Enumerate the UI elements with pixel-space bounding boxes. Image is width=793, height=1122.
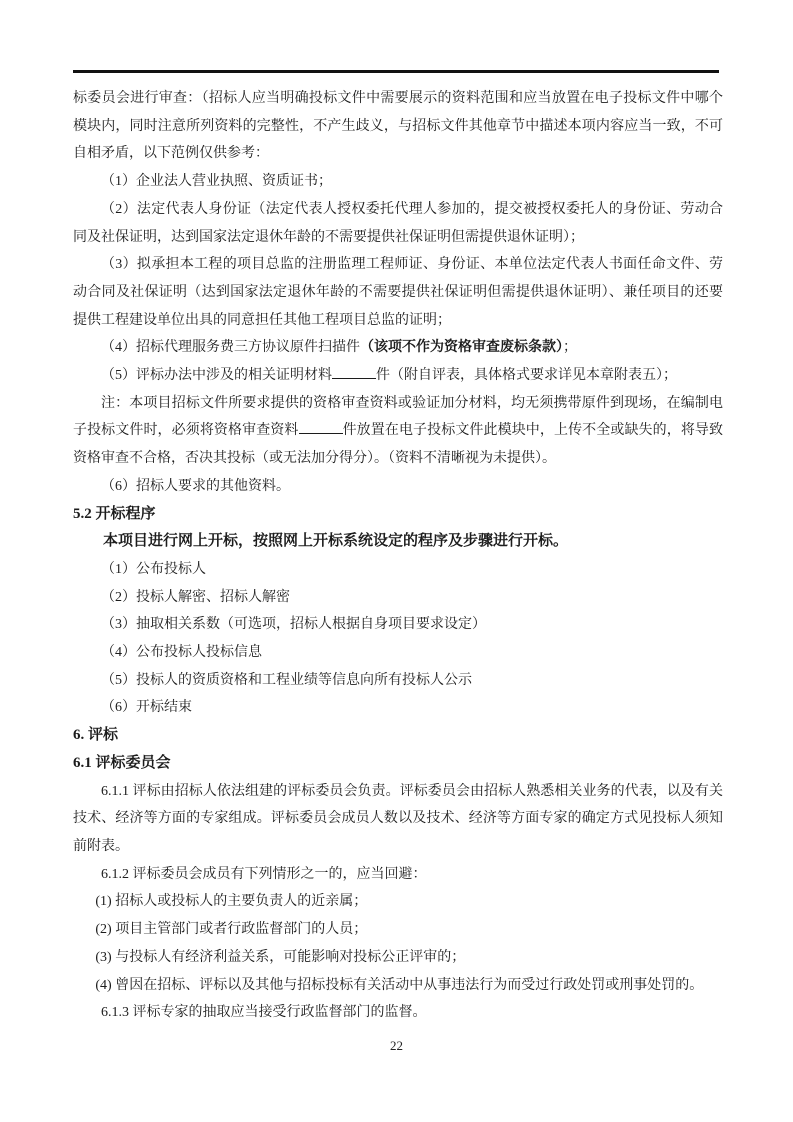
paragraph-6-1-3: 6.1.3 评标专家的抽取应当接受行政监督部门的监督。	[73, 999, 723, 1027]
avoidance-item-1: (1) 招标人或投标人的主要负责人的近亲属；	[73, 888, 723, 916]
document-content: 标委员会进行审查：（招标人应当明确投标文件中需要展示的资料范围和应当放置在电子投…	[73, 85, 723, 1027]
qualification-item-5: （5）评标办法中涉及的相关证明材料件（附自评表，具体格式要求详见本章附表五）；	[73, 362, 723, 390]
item-4-text: （4）招标代理服务费三方协议原件扫描件	[101, 340, 360, 355]
item-5-text: （5）评标办法中涉及的相关证明材料	[101, 368, 332, 383]
avoidance-item-2: (2) 项目主管部门或者行政监督部门的人员；	[73, 916, 723, 944]
qualification-item-4: （4）招标代理服务费三方协议原件扫描件（该项不作为资格审查废标条款）；	[73, 334, 723, 362]
header-rule	[73, 70, 719, 73]
opening-step-2: （2）投标人解密、招标人解密	[73, 584, 723, 612]
opening-step-4: （4）公布投标人投标信息	[73, 639, 723, 667]
paragraph-continuation: 标委员会进行审查：（招标人应当明确投标文件中需要展示的资料范围和应当放置在电子投…	[73, 85, 723, 168]
item-4-bold-clause: （该项不作为资格审查废标条款）	[360, 340, 563, 355]
fill-in-blank	[299, 431, 343, 434]
opening-step-6: （6）开标结束	[73, 694, 723, 722]
qualification-item-6: （6）招标人要求的其他资料。	[73, 473, 723, 501]
opening-step-1: （1）公布投标人	[73, 556, 723, 584]
opening-step-5: （5）投标人的资质资格和工程业绩等信息向所有投标人公示	[73, 667, 723, 695]
paragraph-6-1-1: 6.1.1 评标由招标人依法组建的评标委员会负责。评标委员会由招标人熟悉相关业务…	[73, 778, 723, 861]
avoidance-item-4: (4) 曾因在招标、评标以及其他与招标投标有关活动中从事违法行为而受过行政处罚或…	[73, 972, 723, 1000]
section-heading-6-1: 6.1 评标委员会	[73, 750, 723, 778]
fill-in-blank	[332, 376, 376, 379]
item-5-text-after: 件（附自评表，具体格式要求详见本章附表五）；	[376, 368, 677, 383]
section-5-2-intro: 本项目进行网上开标，按照网上开标系统设定的程序及步骤进行开标。	[73, 528, 723, 556]
note-paragraph: 注：本项目招标文件所要求提供的资格审查资料或验证加分材料，均无须携带原件到现场，…	[73, 390, 723, 473]
qualification-item-1: （1）企业法人营业执照、资质证书；	[73, 168, 723, 196]
document-page: 标委员会进行审查：（招标人应当明确投标文件中需要展示的资料范围和应当放置在电子投…	[0, 0, 793, 1122]
paragraph-6-1-2: 6.1.2 评标委员会成员有下列情形之一的，应当回避：	[73, 861, 723, 889]
section-heading-6: 6. 评标	[73, 722, 723, 750]
qualification-item-2: （2）法定代表人身份证（法定代表人授权委托代理人参加的，提交被授权委托人的身份证…	[73, 196, 723, 251]
item-4-terminator: ；	[563, 340, 577, 355]
opening-step-3: （3）抽取相关系数（可选项，招标人根据自身项目要求设定）	[73, 611, 723, 639]
page-number: 22	[0, 1036, 793, 1056]
section-heading-5-2: 5.2 开标程序	[73, 501, 723, 529]
qualification-item-3: （3）拟承担本工程的项目总监的注册监理工程师证、身份证、本单位法定代表人书面任命…	[73, 251, 723, 334]
avoidance-item-3: (3) 与投标人有经济利益关系，可能影响对投标公正评审的；	[73, 944, 723, 972]
